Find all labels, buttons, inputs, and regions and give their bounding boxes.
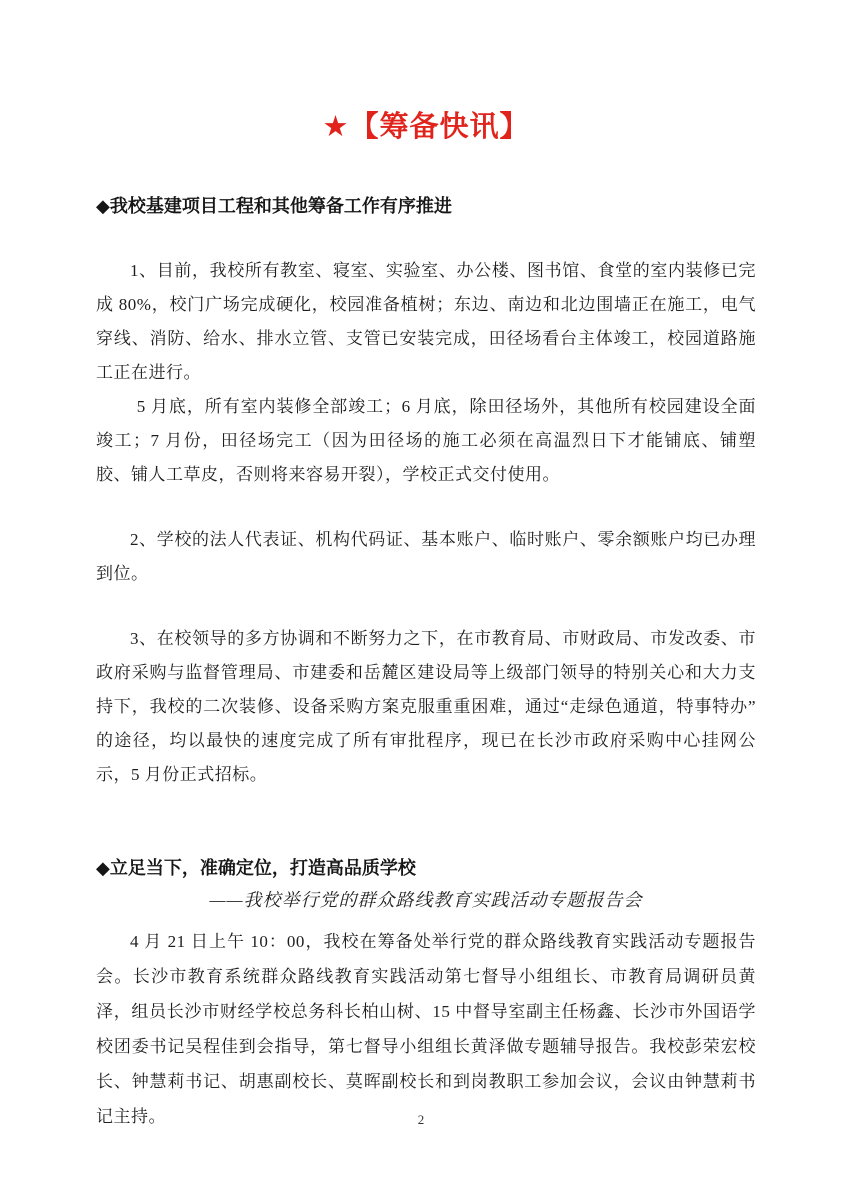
paragraph-construction-timeline: 5 月底，所有室内装修全部竣工；6 月底，除田径场外，其他所有校园建设全面竣工；… <box>96 390 756 492</box>
section-heading-positioning: ◆立足当下，准确定位，打造高品质学校 <box>96 856 756 880</box>
page-number: 2 <box>0 1112 842 1128</box>
paragraph-construction-status: 1、目前，我校所有教室、寝室、实验室、办公楼、图书馆、食堂的室内装修已完成 80… <box>96 254 756 390</box>
doc-title: ★【筹备快讯】 <box>96 0 756 148</box>
page-content: ★【筹备快讯】 ◆我校基建项目工程和其他筹备工作有序推进 1、目前，我校所有教室… <box>0 0 848 1134</box>
section-subtitle-report-meeting: ——我校举行党的群众路线教育实践活动专题报告会 <box>96 886 756 914</box>
paragraph-accounts: 2、学校的法人代表证、机构代码证、基本账户、临时账户、零余额账户均已办理到位。 <box>96 523 756 591</box>
section-construction-progress: ◆我校基建项目工程和其他筹备工作有序推进 1、目前，我校所有教室、寝室、实验室、… <box>96 194 756 792</box>
paragraph-procurement: 3、在校领导的多方协调和不断努力之下，在市教育局、市财政局、市发改委、市政府采购… <box>96 622 756 792</box>
section-heading-construction: ◆我校基建项目工程和其他筹备工作有序推进 <box>96 194 756 218</box>
paragraph-report-meeting: 4 月 21 日上午 10：00，我校在筹备处举行党的群众路线教育实践活动专题报… <box>96 924 756 1134</box>
section-mass-line-report: ◆立足当下，准确定位，打造高品质学校 ——我校举行党的群众路线教育实践活动专题报… <box>96 856 756 1134</box>
document-page: ★【筹备快讯】 ◆我校基建项目工程和其他筹备工作有序推进 1、目前，我校所有教室… <box>0 0 848 1200</box>
